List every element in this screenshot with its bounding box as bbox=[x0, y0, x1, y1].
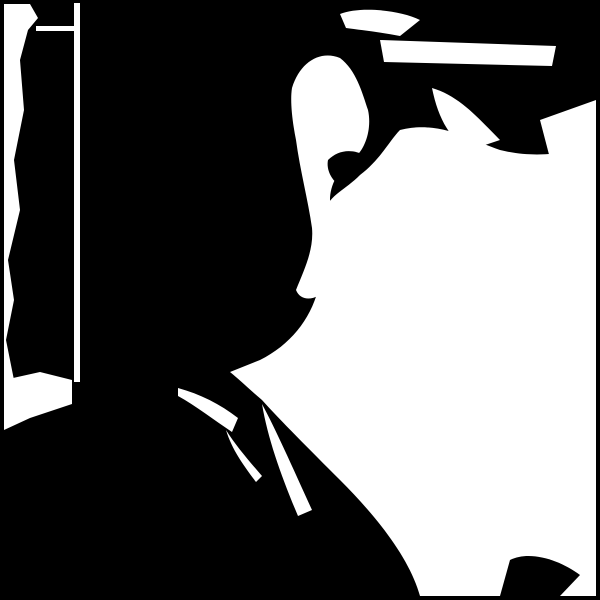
photo-frame bbox=[0, 0, 600, 600]
thresholded-portrait bbox=[0, 0, 600, 600]
